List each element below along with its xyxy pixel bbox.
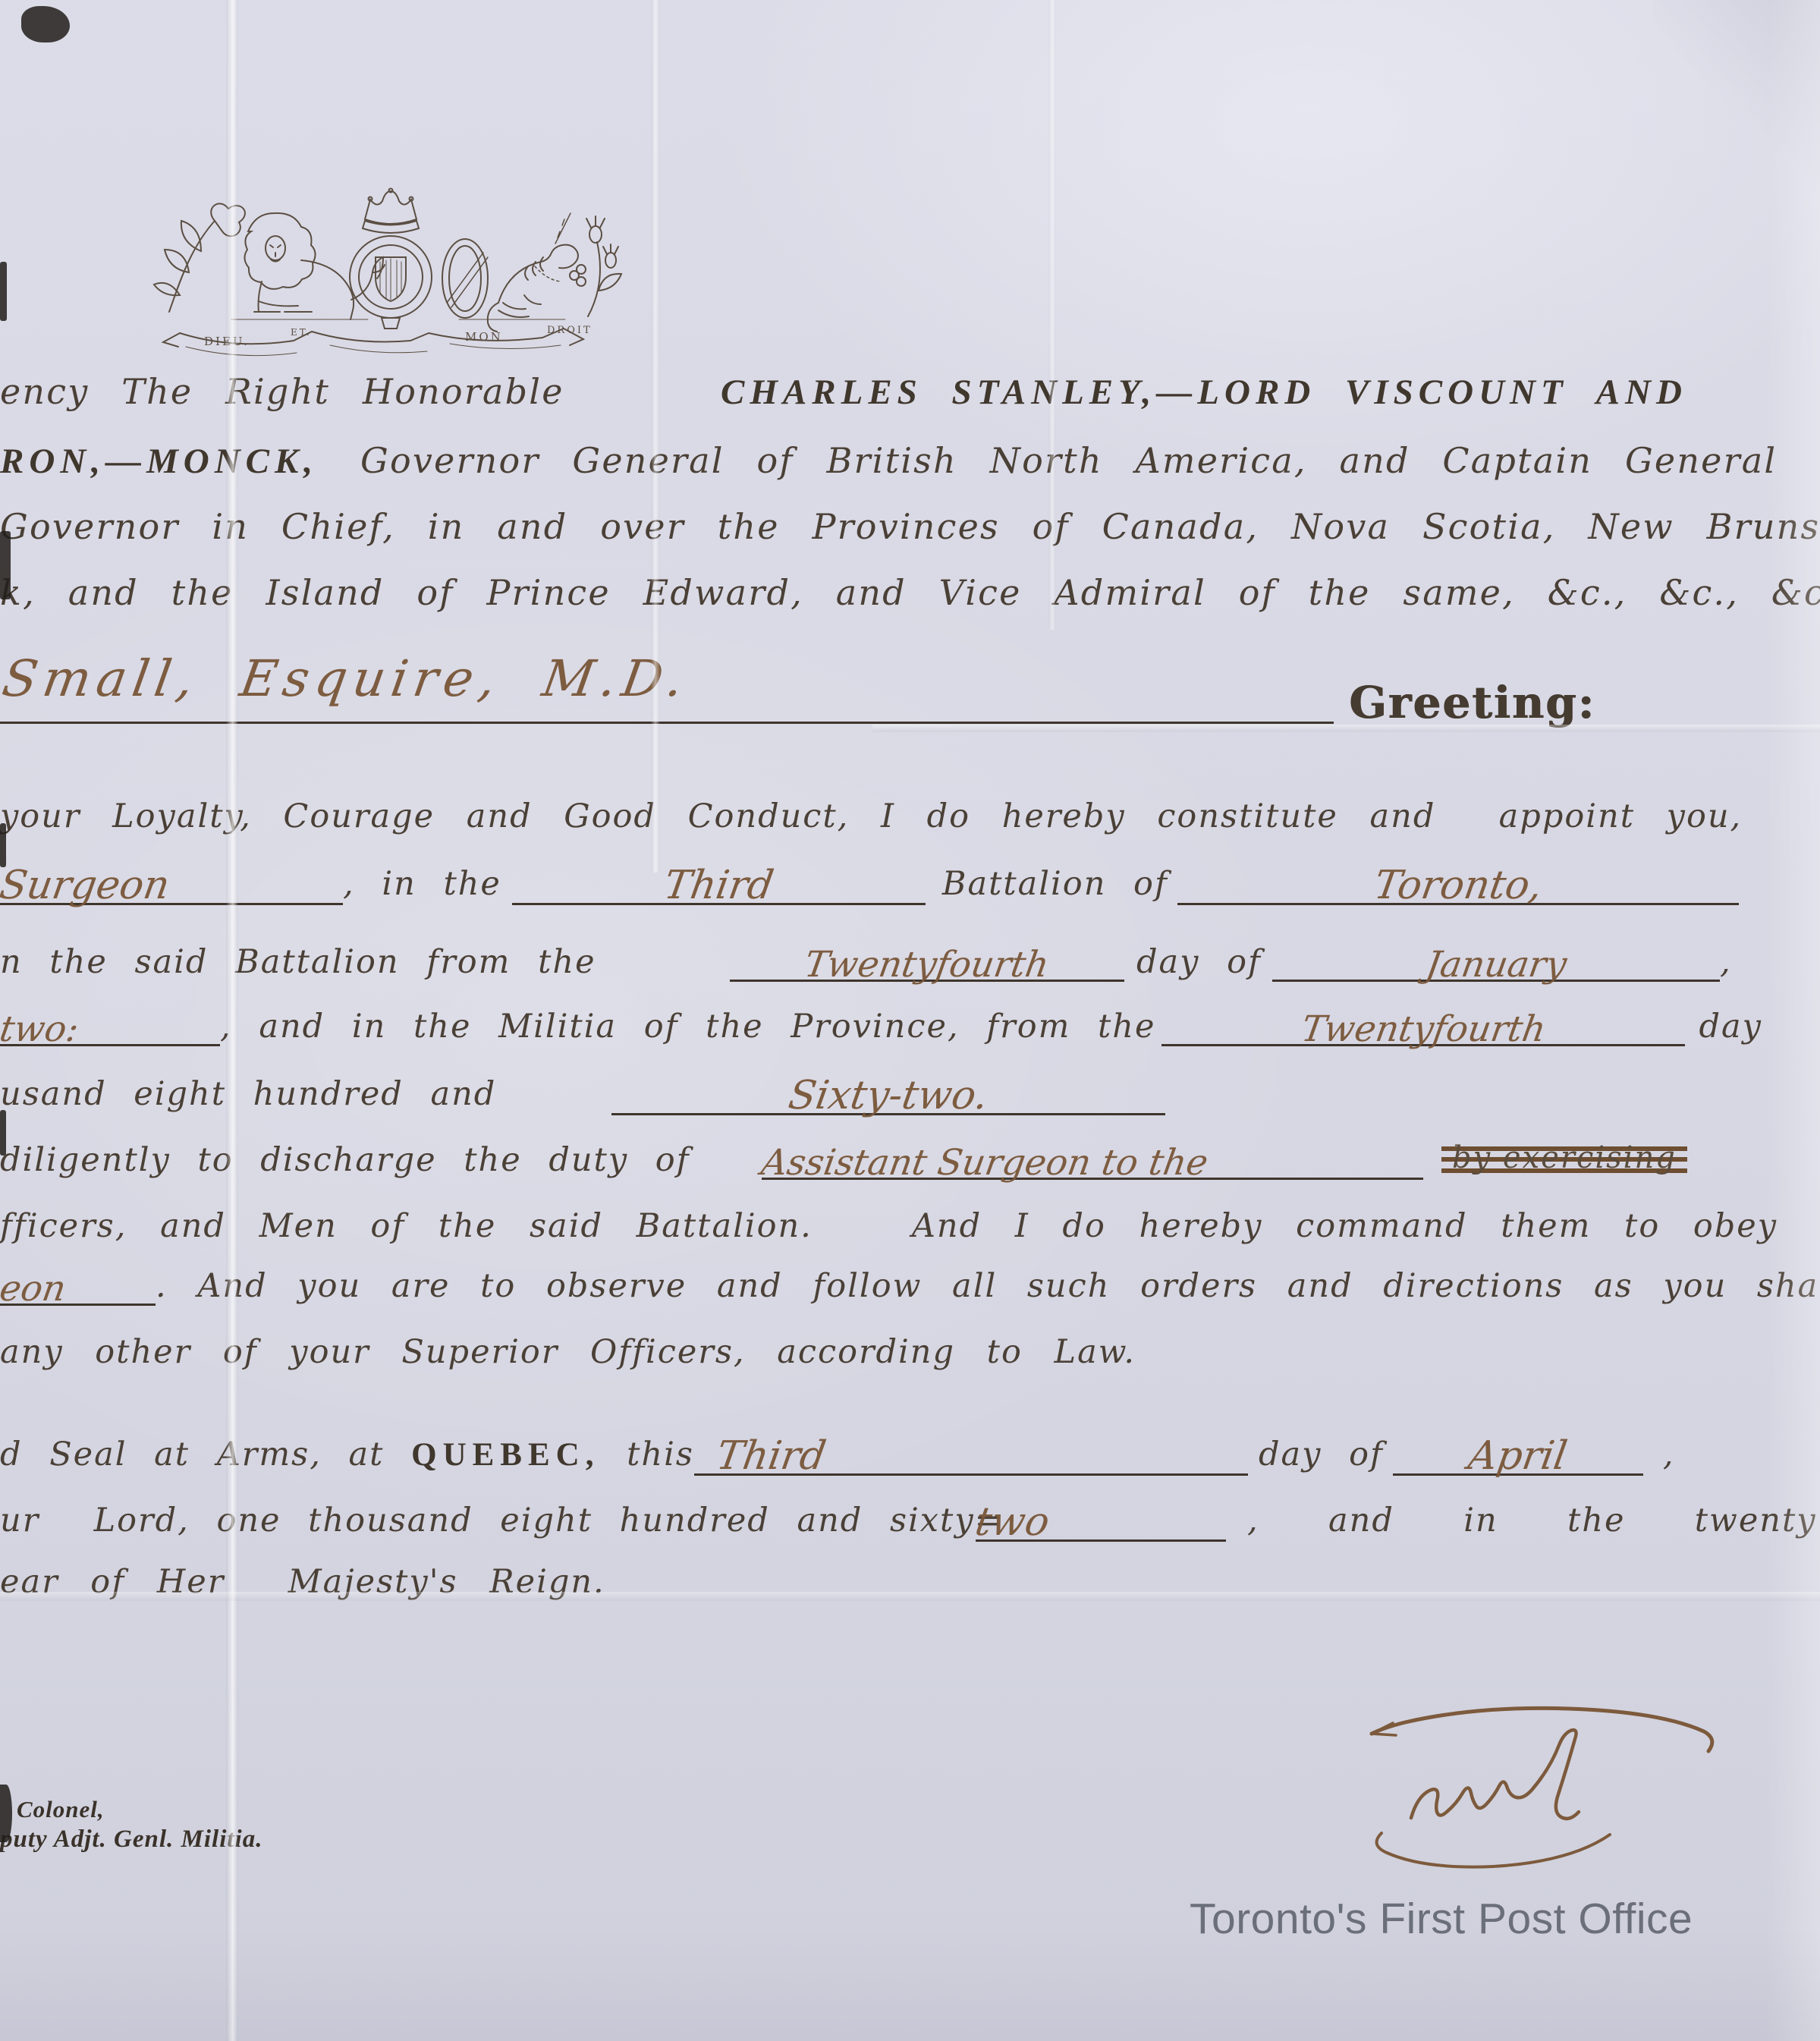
unicorn-figure: [488, 213, 578, 332]
header-line-3: Governor in Chief, in and over the Provi…: [0, 505, 1820, 550]
blank-day-2: Twentyfourth: [1161, 1007, 1685, 1046]
side-garter-oval: [442, 239, 488, 318]
printed-script-fragment: ,: [1663, 1436, 1675, 1473]
blank-rank: Surgeon: [0, 861, 343, 905]
footer-adjutant-general: puty Adjt. Genl. Militia.: [0, 1824, 262, 1855]
header-line-4: k, and the Island of Prince Edward, and …: [0, 571, 1820, 616]
addressee-rule: [0, 722, 1334, 724]
body-line-1: your Loyalty, Courage and Good Conduct, …: [0, 796, 1742, 838]
thistle-sprig: [570, 216, 621, 316]
vertical-fold-crease: [651, 0, 660, 873]
printed-name-charles-stanley: CHARLES STANLEY,—LORD VISCOUNT AND: [721, 373, 1687, 412]
header-line-1: ency The Right HonorableCHARLES STANLEY,…: [0, 370, 1687, 415]
closing-line-2: ur Lord, one thousand eight hundred and …: [0, 1498, 1820, 1543]
body-line-2: Surgeon, in theThirdBattalion ofToronto,: [0, 861, 1739, 906]
crown-icon: [363, 189, 419, 234]
rose-sprig: [169, 221, 215, 312]
printed-script-fragment: day of: [1259, 1436, 1384, 1473]
printed-script-fragment: your Loyalty, Courage and Good Conduct, …: [0, 797, 1742, 835]
footer-colonel: Colonel,: [17, 1795, 105, 1825]
bottom-shade: [0, 1927, 1820, 2041]
printed-script-fragment: ear of Her Majesty's Reign.: [0, 1563, 605, 1601]
addressee-line: Small, Esquire, M.D.: [3, 653, 689, 705]
printed-script-fragment: , and in the Militia of the Province, fr…: [220, 1008, 1155, 1046]
royal-coat-of-arms: DIEU. ET. MON DROIT: [140, 184, 633, 363]
horizontal-fold-crease: [872, 725, 1820, 732]
printed-script-fragment: . And you are to observe and follow all …: [156, 1267, 1820, 1305]
printed-name-monck: RON,—MONCK,: [0, 439, 360, 484]
body-line-4: two:, and in the Militia of the Province…: [0, 1006, 1762, 1049]
motto-word-et: ET.: [291, 327, 312, 338]
printed-script-fragment: Governor in Chief, in and over the Provi…: [0, 506, 1820, 547]
scan-artifact: [0, 1110, 6, 1156]
printed-script-fragment: ,: [1720, 943, 1732, 981]
body-line-9: any other of your Superior Officers, acc…: [0, 1332, 1136, 1374]
handwritten-duty: Assistant Surgeon to the: [759, 1144, 1211, 1181]
handwritten-closing-month: April: [1466, 1436, 1570, 1477]
scan-artifact: [0, 1785, 12, 1842]
blank-day: Twentyfourth: [730, 942, 1124, 982]
greeting-word: Greeting:: [1349, 678, 1595, 728]
printed-script-fragment: k, and the Island of Prince Edward, and …: [0, 572, 1820, 613]
handwritten-city: Toronto,: [1371, 865, 1545, 907]
scan-artifact: [21, 6, 70, 42]
handwritten-closing-day: Third: [714, 1436, 829, 1477]
blank-battalion-city: Toronto,: [1177, 861, 1739, 905]
printed-script-fragment: , in the: [343, 865, 501, 903]
body-line-8: eon. And you are to observe and follow a…: [0, 1266, 1820, 1308]
printed-script-fragment: fficers, and Men of the said Battalion. …: [0, 1207, 1778, 1245]
corner-crease-shadow: [1653, 0, 1820, 197]
printed-script-fragment: d Seal at Arms, at: [0, 1436, 411, 1473]
right-edge-highlight: [1767, 0, 1820, 2041]
printed-script-fragment: ency The Right Honorable: [0, 370, 721, 415]
handwritten-addressee-name: Small, Esquire, M.D.: [0, 653, 693, 705]
handwritten-day: Twentyfourth: [803, 946, 1052, 983]
printed-script-fragment: Governor General of British North Americ…: [360, 440, 1777, 481]
scan-artifact: [0, 531, 11, 599]
printed-script-fragment: day: [1699, 1008, 1762, 1046]
printed-script-fragment: this: [599, 1436, 693, 1473]
handwritten-month: January: [1423, 946, 1569, 983]
printed-script-fragment: n the said Battalion from the: [0, 942, 730, 984]
header-line-2: RON,—MONCK,Governor General of British N…: [0, 439, 1777, 484]
blank-closing-day: Third: [694, 1432, 1248, 1476]
motto-word-mon: MON: [465, 330, 503, 344]
closing-line-1: d Seal at Arms, at QUEBEC, thisThirdday …: [0, 1432, 1675, 1477]
printed-script-fragment: , and in the twenty=: [1247, 1502, 1820, 1539]
blank-year: Sixty-two.: [611, 1071, 1165, 1115]
printed-script-fragment: diligently to discharge the duty of: [0, 1140, 762, 1182]
closing-line-3: ear of Her Majesty's Reign.: [0, 1561, 605, 1604]
signature-top-flourish: [1372, 1708, 1712, 1751]
signature-under-flourish: [1377, 1833, 1610, 1867]
scanned-commission-document: DIEU. ET. MON DROIT ency The Right Honor…: [0, 0, 1820, 2041]
scan-artifact: [0, 262, 7, 321]
printed-script-fragment: day of: [1136, 943, 1262, 981]
handwritten-rank: Surgeon: [0, 865, 172, 907]
body-line-5: usand eight hundred andSixty-two.: [0, 1071, 1165, 1116]
signature-letters: [1411, 1730, 1579, 1819]
printed-script-fragment: Battalion of: [942, 865, 1168, 903]
printed-script-fragment: usand eight hundred and: [0, 1074, 611, 1116]
scan-artifact: [0, 823, 6, 867]
blank-duty: Assistant Surgeon to the: [762, 1140, 1423, 1180]
body-line-6: diligently to discharge the duty ofAssis…: [0, 1140, 1687, 1182]
motto-word-dieu: DIEU.: [204, 335, 250, 348]
handwritten-year-fragment: two:: [0, 1011, 81, 1048]
handwritten-day-2: Twentyfourth: [1299, 1011, 1548, 1048]
handwritten-closing-year: two: [973, 1502, 1052, 1543]
garter-shield: [350, 236, 432, 329]
handwritten-year: Sixty-two.: [786, 1075, 991, 1117]
blank-battalion-number: Third: [512, 861, 926, 905]
handwritten-battalion-number: Third: [662, 865, 777, 907]
printed-script-fragment: ur Lord, one thousand eight hundred and …: [0, 1500, 976, 1543]
blank-closing-month: April: [1393, 1432, 1643, 1476]
handwritten-obey-rank-fragment: eon: [0, 1270, 68, 1307]
blank-closing-year: two: [976, 1498, 1226, 1542]
printed-place-quebec: QUEBEC,: [411, 1437, 599, 1473]
blank-year-fragment: two:: [0, 1007, 220, 1046]
monck-signature: Monck: [1366, 1654, 1722, 1882]
printed-script-fragment: any other of your Superior Officers, acc…: [0, 1333, 1136, 1371]
watermark-caption: Toronto's First Post Office: [1190, 1895, 1693, 1943]
body-line-3: n the said Battalion from theTwentyfourt…: [0, 942, 1732, 984]
struck-out-printed-text: by exercising: [1441, 1137, 1687, 1179]
motto-word-droit: DROIT: [547, 325, 593, 336]
blank-month: January: [1272, 942, 1720, 982]
blank-obey-rank: eon: [0, 1266, 156, 1306]
body-line-7: fficers, and Men of the said Battalion. …: [0, 1206, 1778, 1248]
